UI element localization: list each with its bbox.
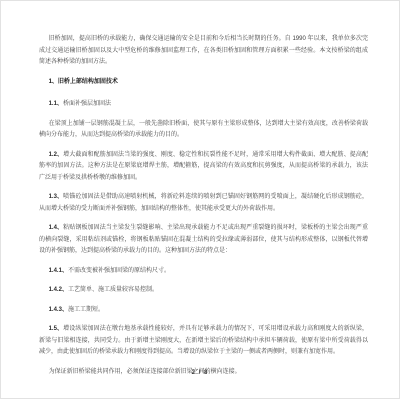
section-1-4-2-text: 工艺简单、施工质量较容易控制。: [68, 287, 158, 293]
document-page: 旧桥加固，提高旧桥的承载能力，确保交通运输的安全是目前和今后相当长时期的任务。自…: [0, 0, 400, 399]
section-1-4-2-number: 1.4.2、: [49, 287, 68, 293]
section-1-1-heading: 1.1、桥面补强层加固法: [39, 99, 368, 111]
section-1-2-paragraph: 1.2、增大截面和配筋加固法当梁的强度、刚度、稳定性和抗裂性能不足时，通常采用增…: [39, 150, 368, 185]
section-1-3-paragraph: 1.3、喷锚砼加固法是借助高速喷射机械，将新砼料连续的喷射到已锚固好钢筋网的受喷…: [39, 192, 368, 215]
intro-paragraph: 旧桥加固，提高旧桥的承载能力，确保交通运输的安全是目前和今后相当长时期的任务。自…: [39, 34, 368, 69]
section-1-4-3-item: 1.4.3、施工工期短。: [39, 305, 368, 317]
section-1-5-paragraph: 1.5、增设纵梁加固法在墩台地基承载性能较好，并具有足够承载力的情况下，可采用增…: [39, 324, 368, 359]
section-1-2-text: 增大截面和配筋加固法当梁的强度、刚度、稳定性和抗裂性能不足时，通常采用增大构件截…: [39, 152, 368, 181]
section-1-4-1-text: 不需改变被补强加固梁的原结构尺寸。: [68, 268, 170, 274]
section-1-4-paragraph: 1.4、粘贴钢板加固法当主梁发生裂缝影响、主梁出现承载能力不足或出现严重裂缝的损…: [39, 223, 368, 258]
section-1-4-number: 1.4、: [49, 225, 64, 231]
section-1-3-number: 1.3、: [49, 194, 64, 200]
section-1-4-1-item: 1.4.1、不需改变被补强加固梁的原结构尺寸。: [39, 266, 368, 278]
section-1-3-text: 喷锚砼加固法是借助高速喷射机械，将新砼料连续的喷射到已锚固好钢筋网的受喷面上，凝…: [39, 194, 368, 212]
section-1-4-1-number: 1.4.1、: [49, 268, 68, 274]
section-1-4-2-item: 1.4.2、工艺简单、施工质量较容易控制。: [39, 285, 368, 297]
page-number: 2 / 8: [1, 370, 399, 376]
section-1-2-number: 1.2、: [49, 152, 64, 158]
section-1-4-3-number: 1.4.3、: [49, 307, 68, 313]
section-1-4-3-text: 施工工期短。: [68, 307, 104, 313]
section-1-heading: 1、旧桥上部结构加固技术: [39, 77, 368, 89]
section-1-5-text: 增设纵梁加固法在墩台地基承载性能较好，并具有足够承载力的情况下，可采用增设承载力…: [39, 326, 368, 355]
section-1-5-number: 1.5、: [49, 326, 64, 332]
section-1-4-text: 粘贴钢板加固法当主梁发生裂缝影响、主梁出现承载能力不足或出现严重裂缝的损坏时，梁…: [39, 225, 368, 254]
section-1-1-number: 1.1、: [49, 101, 63, 107]
page-content: 旧桥加固，提高旧桥的承载能力，确保交通运输的安全是目前和今后相当长时期的任务。自…: [39, 34, 368, 386]
section-1-1-paragraph: 在梁顶上加铺一层钢筋混凝土层，一般先凿除旧桥面，使其与原有主梁形成整体，达到增大…: [39, 119, 368, 142]
section-1-1-title: 桥面补强层加固法: [63, 101, 111, 107]
